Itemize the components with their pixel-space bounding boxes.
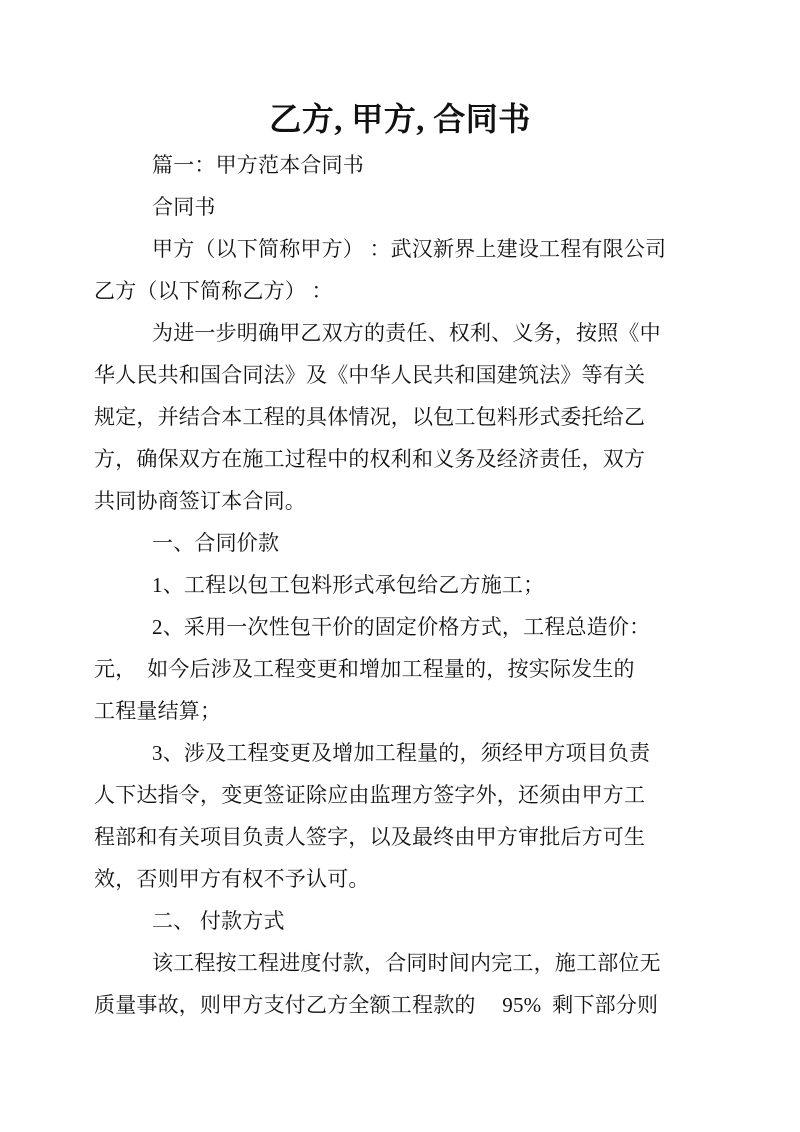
text-line: 华人民共和国合同法》及《中华人民共和国建筑法》等有关 bbox=[94, 363, 645, 387]
text-line: 元， 如今后涉及工程变更和增加工程量的，按实际发生的 bbox=[94, 657, 635, 681]
text-line: 二、 付款方式 bbox=[152, 909, 285, 933]
text-line: 质量事故，则甲方支付乙方全额工程款的 95% 剩下部分则 bbox=[94, 993, 658, 1017]
text-line: 乙方（以下简称乙方） ： bbox=[94, 279, 333, 303]
text-line: 为进一步明确甲乙双方的责任、权利、义务，按照《中 bbox=[152, 321, 661, 345]
text-line: 篇一：甲方范本合同书 bbox=[152, 153, 364, 177]
text-line: 1、工程以包工包料形式承包给乙方施工； bbox=[152, 573, 544, 597]
text-line: 效，否则甲方有权不予认可。 bbox=[94, 867, 370, 891]
text-line: 一、合同价款 bbox=[152, 531, 279, 555]
text-line: 方，确保双方在施工过程中的权利和义务及经济责任，双方 bbox=[94, 447, 645, 471]
text-line: 3、涉及工程变更及增加工程量的，须经甲方项目负责 bbox=[152, 741, 650, 765]
document-title: 乙方, 甲方, 合同书 bbox=[0, 100, 800, 138]
text-line: 工程量结算； bbox=[94, 699, 221, 723]
text-line: 甲方（以下简称甲方） ：武汉新界上建设工程有限公司 bbox=[152, 237, 666, 261]
text-line: 该工程按工程进度付款，合同时间内完工，施工部位无 bbox=[152, 951, 661, 975]
text-line: 2、采用一次性包干价的固定价格方式，工程总造价： bbox=[152, 615, 650, 639]
document-page: 乙方, 甲方, 合同书 篇一：甲方范本合同书 合同书 甲方（以下简称甲方） ：武… bbox=[0, 0, 800, 1132]
text-line: 人下达指令，变更签证除应由监理方签字外，还须由甲方工 bbox=[94, 783, 645, 807]
text-line: 共同协商签订本合同。 bbox=[94, 489, 306, 513]
text-line: 规定，并结合本工程的具体情况，以包工包料形式委托给乙 bbox=[94, 405, 645, 429]
text-line: 程部和有关项目负责人签字，以及最终由甲方审批后方可生 bbox=[94, 825, 645, 849]
text-line: 合同书 bbox=[152, 195, 216, 219]
